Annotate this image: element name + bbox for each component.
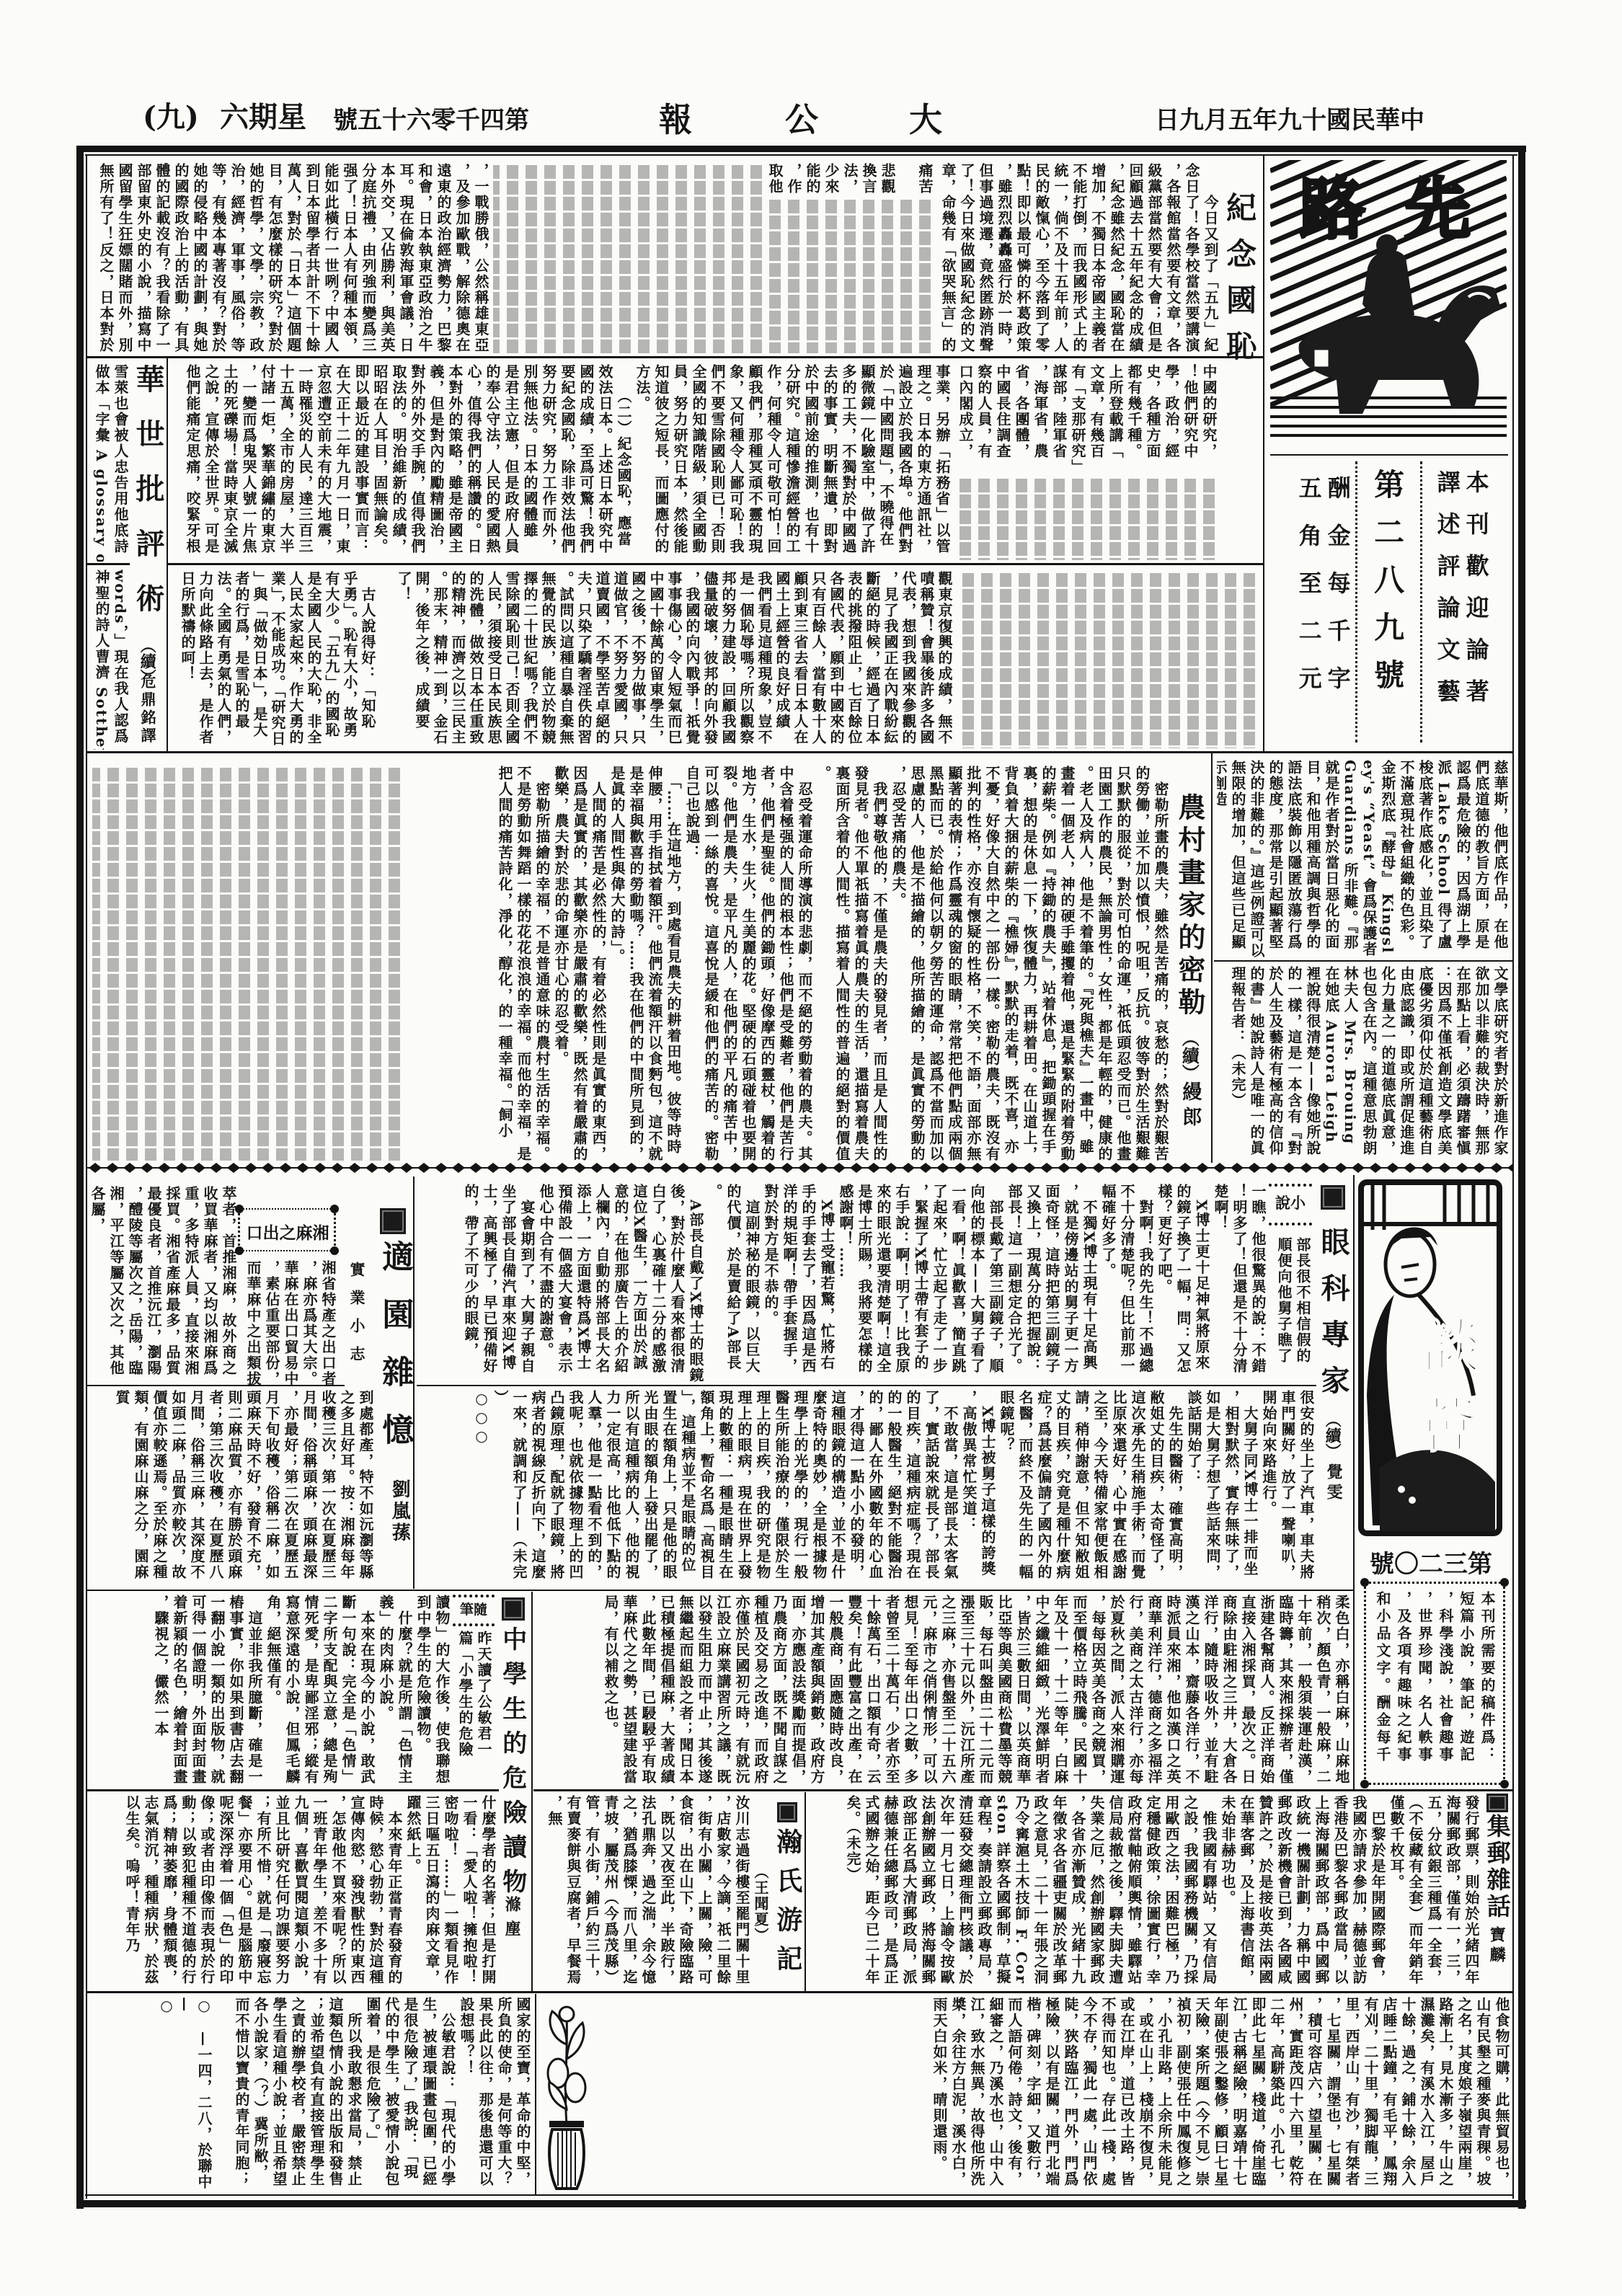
article-text-head: 昨天讀了公敏君一 篇「小學生的危險 [454, 1631, 493, 1788]
banner-issue-number: 第二八九號 [1371, 469, 1403, 706]
page-number: (九) [143, 103, 199, 132]
tanhui-illustration: 談 薈 [1358, 1179, 1502, 1536]
continued-mark: （續） [1324, 1411, 1340, 1459]
article-author: 劉嵐蓀 [389, 1479, 409, 1544]
article-title: 集郵雜話 [1484, 1814, 1510, 1920]
article-text-tier1-right: 今日又到了「五九」紀念日了！各學校當然要講演，各報館當然要有文章，各級黨部當然要… [937, 163, 1220, 355]
bottom-rule-thick [76, 2200, 1526, 2207]
banner-wavy-divider [1420, 461, 1422, 743]
issue-number: 第四千零六十五號 [333, 108, 529, 133]
band-rule [87, 1991, 1514, 1993]
article-text: 密勒所畫的農夫，雖然是苦痛的，哀愁的；然對於艱苦的勞働，並不加以憤恨，呪咀，反抗… [407, 766, 1170, 1162]
tier-rule [417, 1385, 1316, 1386]
illegible-text-region [766, 198, 934, 353]
banner-wavy-divider [1355, 461, 1357, 743]
column-divider-line [805, 1792, 806, 1991]
illegible-text-region [493, 163, 766, 353]
right-border-thick [1518, 146, 1525, 2209]
section-label-essay: 隨筆 [453, 1595, 495, 1626]
title-marker-icon [1321, 1185, 1345, 1210]
column-divider-line [1353, 1175, 1355, 1789]
top-rule-thin [85, 154, 1517, 156]
subsection-label: 實業小志 [349, 1262, 365, 1374]
article-text-tier1-fragments: 痛苦 悲觀 換言 法， 少來 能的 ，作 取他 [766, 163, 934, 198]
xianlu-illustration: 先 路 [1270, 160, 1507, 445]
column-divider-line [413, 1176, 415, 1589]
box-corner-dot [330, 1205, 339, 1213]
article-text-continued-b: 文學底研究者對於新進作家欲加以非難的裁決時，無那在那點上看，必須躊躇審愼：因爲不… [1217, 966, 1510, 1162]
article-author: （王聞夏） [753, 1864, 768, 1943]
box-corner-dot [1500, 1780, 1509, 1789]
box-corner-dot [1360, 1780, 1369, 1789]
subsection-title: 湘麻之出口 [244, 1220, 331, 1244]
article-text-part-2: words，」現在我人認爲 神聖的詩人曹濟 Sotthey 和 [91, 569, 130, 750]
weekday: 星期六 [220, 103, 306, 132]
continued-mark: （續） [1180, 1029, 1198, 1081]
band-rule [87, 751, 1514, 753]
tier-rule [167, 563, 1263, 565]
illegible-text-region [92, 766, 404, 1161]
article-translator: 危鼎銘譯 [140, 673, 156, 745]
article-title: 華世批評術 [133, 364, 163, 638]
article-text-part-2: 什麼學者的名著；但是打開一看：「愛人啦！擁抱啦！密吻啦！……」一類看見作三日嘔五… [91, 1795, 497, 1988]
article-text-part-3: 國家的至寶，革命的中堅，所負的使命，是何等重大？果長此以往，那後患還可以設想嗎？… [91, 1997, 532, 2193]
article-text-part-1: 汝川志過街樓至罷門關十里，店數家，今謫，祇二里餘，街有小關，上關，險，可食宿，出… [535, 1795, 751, 1988]
article-title: 農村畫家的密勒 [1175, 793, 1204, 1020]
submission-notice-text: 本刊所需要的稿件爲：短篇小說，筆記，遊記，科學淺說，社會趣事，世界珍聞，名人軼事… [1373, 1591, 1497, 1777]
subsection-title-box: 湘麻之出口 [238, 1208, 336, 1251]
article-title: 紀念國恥 [1223, 192, 1255, 376]
banner-notice-line-1: 本刊歡迎論著 [1463, 470, 1488, 721]
tier-rule [87, 1590, 1353, 1591]
article-title: 適園雜憶 [378, 1240, 411, 1471]
column-divider-line [167, 358, 168, 751]
band-rule [533, 1789, 1514, 1791]
title-marker-icon [777, 1802, 797, 1822]
illegible-text-region [956, 477, 1218, 560]
banner-title-char-lu: 路 [1299, 170, 1365, 248]
left-border-thin [86, 154, 87, 2199]
column-divider-line [531, 1592, 533, 1993]
article-text-tier2: 到處都產，特不如沅瀏等縣之多且好耳。按：湘麻每年收穫三次，第一次在夏歷三月間，俗… [91, 1390, 375, 1586]
article-text-tier3: 觀東京復興的成績，無不 嘖稱贊！會畢後許多各國 代表，想到我國來參觀的 ，見了我… [173, 571, 953, 750]
article-text-part-1: 雪萊也會被人忠告用他底詩 做本「字彙 A glossary of [91, 364, 130, 562]
bottom-rule-thin [85, 2194, 1514, 2196]
title-marker-icon [1486, 1794, 1508, 1812]
article-title: 眼科專家 [1318, 1227, 1348, 1411]
banner-divider-line [1263, 156, 1264, 753]
tier-rule [87, 563, 130, 565]
illegible-text-region [957, 571, 1259, 748]
column-divider-line [535, 1994, 536, 2194]
banner-title-char-xian: 先 [1404, 170, 1471, 248]
title-marker-icon [380, 1208, 406, 1234]
tier-rule [87, 356, 1263, 358]
paper-name-char-da: 大 [909, 103, 942, 136]
article-text-tier1-left: ，一戰勝俄，公然稱雄東亞，及參加歐戰，解除德奧在遠東的政治經濟勢力，巴黎和會，日… [92, 163, 490, 355]
article-text-part-1: 讀物」的大作後，使我聯想到中學生的危險讀物。 什麼？就是所謂「色情主義」的肉麻小… [91, 1595, 451, 1788]
article-author: 滌塵 [503, 1896, 520, 1945]
top-rule-thick [76, 146, 1526, 152]
tier-rule [87, 1385, 345, 1386]
publication-date: 中華民國十九年五月九日 [1155, 108, 1424, 133]
flower-vase-ornament [542, 2001, 591, 2191]
banner-fee-line-2: 五角至二元 [1296, 476, 1321, 714]
article-author: 寶麟 [1488, 1926, 1504, 1967]
paper-name-char-gong: 公 [785, 103, 818, 136]
article-text-tier2: 很安的坐上了汽車，車夫將車門關好，放了一聲喇叭，開始向來路進行。 大舅子同X博士… [418, 1390, 1316, 1586]
article-author: 縵郎 [1179, 1081, 1200, 1132]
article-text-tier1: 一瞧，他很驚異的說：不錯！明多了！但還是不十分清楚啊！ X博士更十足神氣將原來的… [418, 1184, 1267, 1384]
tier-rule [1214, 960, 1512, 962]
title-marker-icon [502, 1597, 525, 1621]
illustration-title-char-hui: 薈 [1417, 1391, 1476, 1461]
left-border-thick [76, 146, 84, 2209]
article-text-tier1-a: 湘省特產之出口者，麻亦爲其大宗。華麻在出口貿易中，素佔重要部份，而華麻中之出類拔 [242, 1260, 337, 1388]
diamond-separator [87, 1162, 1514, 1174]
submission-notice-box: 本刊所需要的稿件爲：短篇小說，筆記，遊記，科學淺說，社會趣事，世界珍聞，名人軼事… [1364, 1582, 1505, 1785]
illustration-title-char-tan: 談 [1422, 1312, 1481, 1381]
box-corner-dot [1360, 1578, 1369, 1587]
article-text-tier3: 柔色白，亦稱白麻，山麻地稍次，顏色青，一般麻，二十年前，一般須裝運赴漢，臨時籌，… [535, 1595, 1351, 1788]
section-label-fiction: 小說 [1269, 1184, 1312, 1225]
paper-name-char-bao: 報 [659, 103, 692, 136]
right-border-thin [1512, 154, 1514, 2199]
band-rule [87, 1789, 499, 1791]
article-text: 發行郵票，則始於光緒四年海關郵政部，僅有一，三，五，分紋銀三種爲一全套，（不佞藏… [809, 1795, 1481, 1988]
article-text-part-2: 他食物可購，此無貿易也，山有民墾之種麥與青稞。坡之名，其度娘子嶺望兩崖，路漸上，… [595, 1997, 1511, 2193]
box-corner-dot [330, 1246, 339, 1255]
article-title: 中學生的危險讀物 [499, 1626, 525, 1903]
article-title: 瀚氏游記 [774, 1828, 801, 1984]
banner-fee-line-1: 酬金每千字 [1325, 476, 1350, 714]
article-text-tier1-b: 萃者，首推湘麻，故外商之收買華麻者，又均以湘麻爲重，多特派人員，直接來湘採買。湘… [91, 1186, 238, 1384]
article-text-tier2: 事業，另辦「拓務省」以管 理之。日本的東方通訊社， 遍設立於我國各埠。他們對 於… [173, 364, 952, 562]
column-divider-line [1211, 753, 1213, 1163]
article-text-head: 部長很不相信假的 順便向他舅子瞧了 [1273, 1237, 1312, 1384]
tanhui-issue-number: 第三二〇號 [1364, 1544, 1498, 1579]
banner-notice-line-2: 譯述評論文藝 [1435, 470, 1459, 721]
article-text-tier2-fragments: 中國的研究， ！他們研究中 學，政治，經 史，各種方面 都有幾千種。 上所登載講… [956, 364, 1218, 477]
article-author: 覺雯 [1325, 1463, 1342, 1504]
article-text-continued-a: 慈華斯，他們底作品，在他們底道德的教旨方面，原是認爲最危險的，因爲湖上學派 La… [1217, 760, 1510, 959]
box-corner-dot [1500, 1578, 1509, 1587]
banner-rule [1270, 454, 1508, 456]
